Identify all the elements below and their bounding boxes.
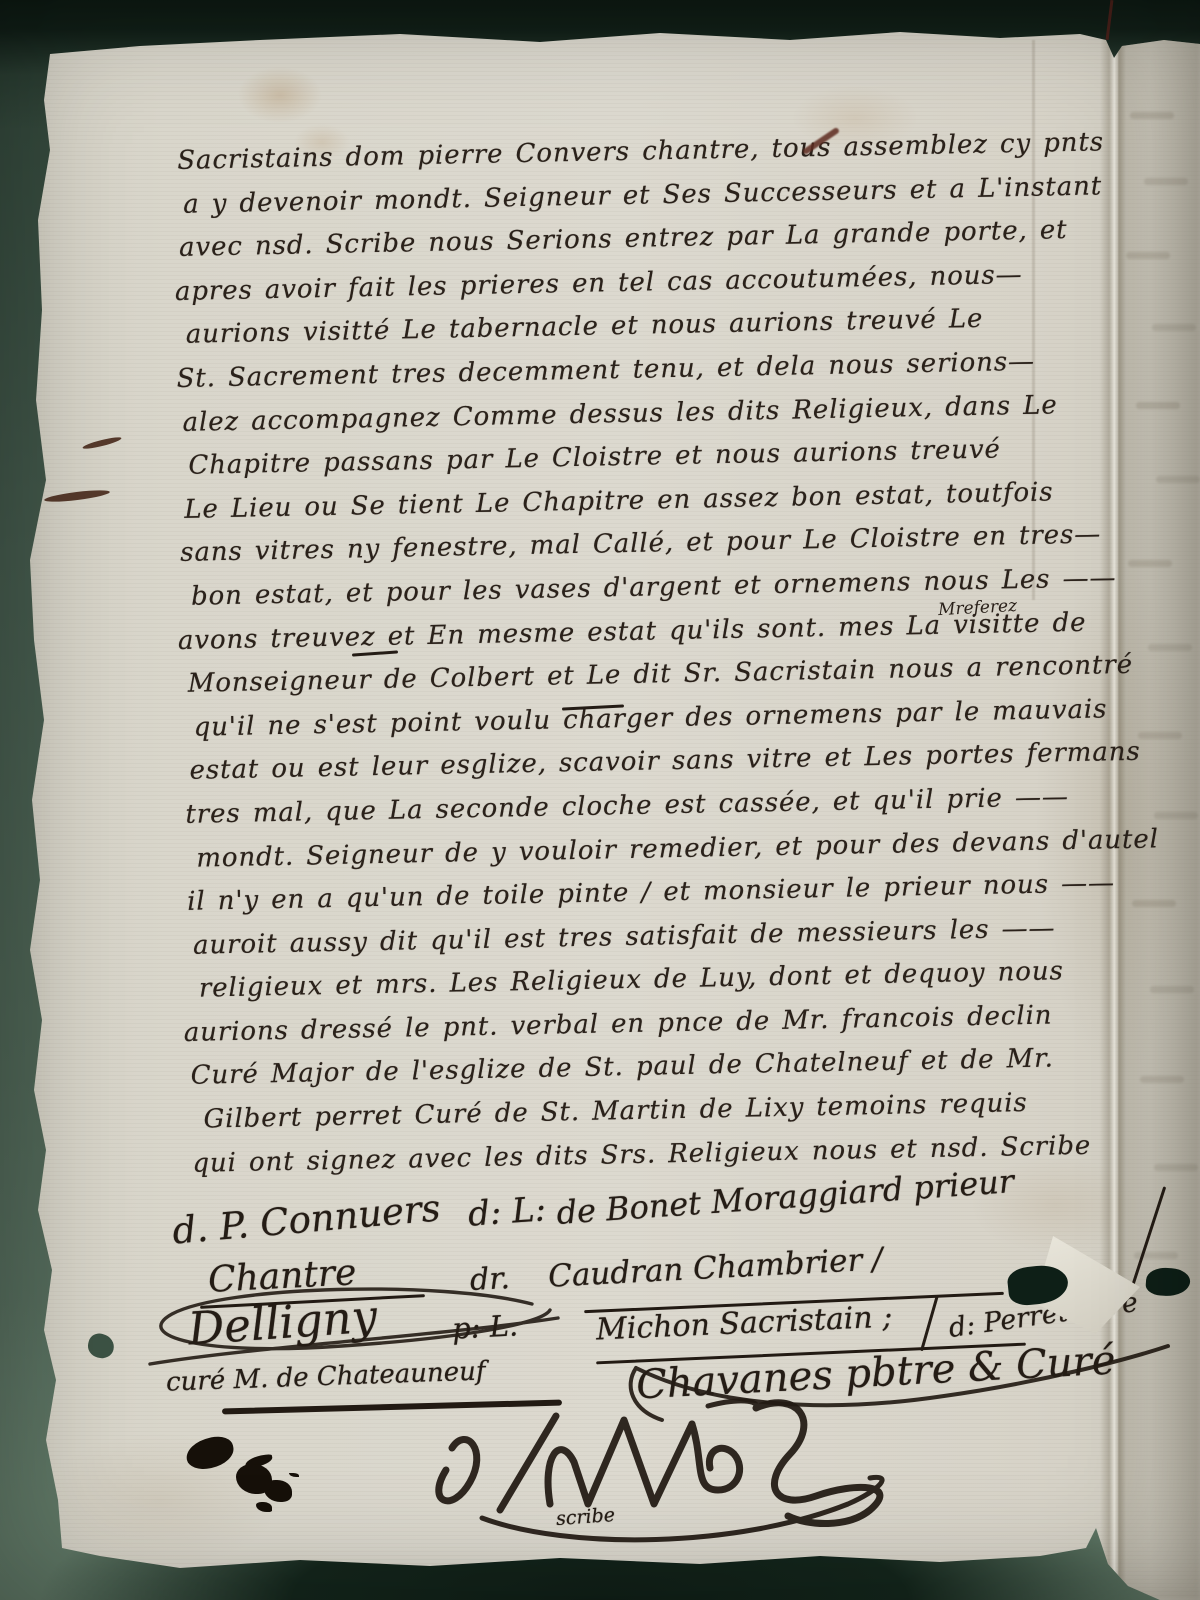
- margin-mark: [82, 435, 122, 450]
- margin-mark: [44, 488, 110, 504]
- manuscript-text: Sacristains dom pierre Convers chantre, …: [172, 127, 1133, 1192]
- interline-note: Mreferez: [938, 596, 1018, 620]
- manuscript-page: Sacristains dom pierre Convers chantre, …: [0, 0, 1200, 1600]
- ink-blot: [183, 1433, 236, 1472]
- photo-background: Sacristains dom pierre Convers chantre, …: [0, 0, 1200, 1600]
- delligny-flourish: [140, 1284, 570, 1380]
- red-thread-mark: [1106, 0, 1114, 40]
- ink-show-through-marks: [1130, 112, 1174, 119]
- signature-abbreviation: d: L:: [467, 1189, 548, 1234]
- edge-tear-notch: [85, 1331, 116, 1361]
- signature-convers: d. P. Connuers: [171, 1186, 443, 1252]
- signature-caudran-chambrier: Caudran Chambrier /: [547, 1241, 883, 1294]
- ink-blot: [236, 1464, 272, 1494]
- scribe-signature: [408, 1398, 968, 1548]
